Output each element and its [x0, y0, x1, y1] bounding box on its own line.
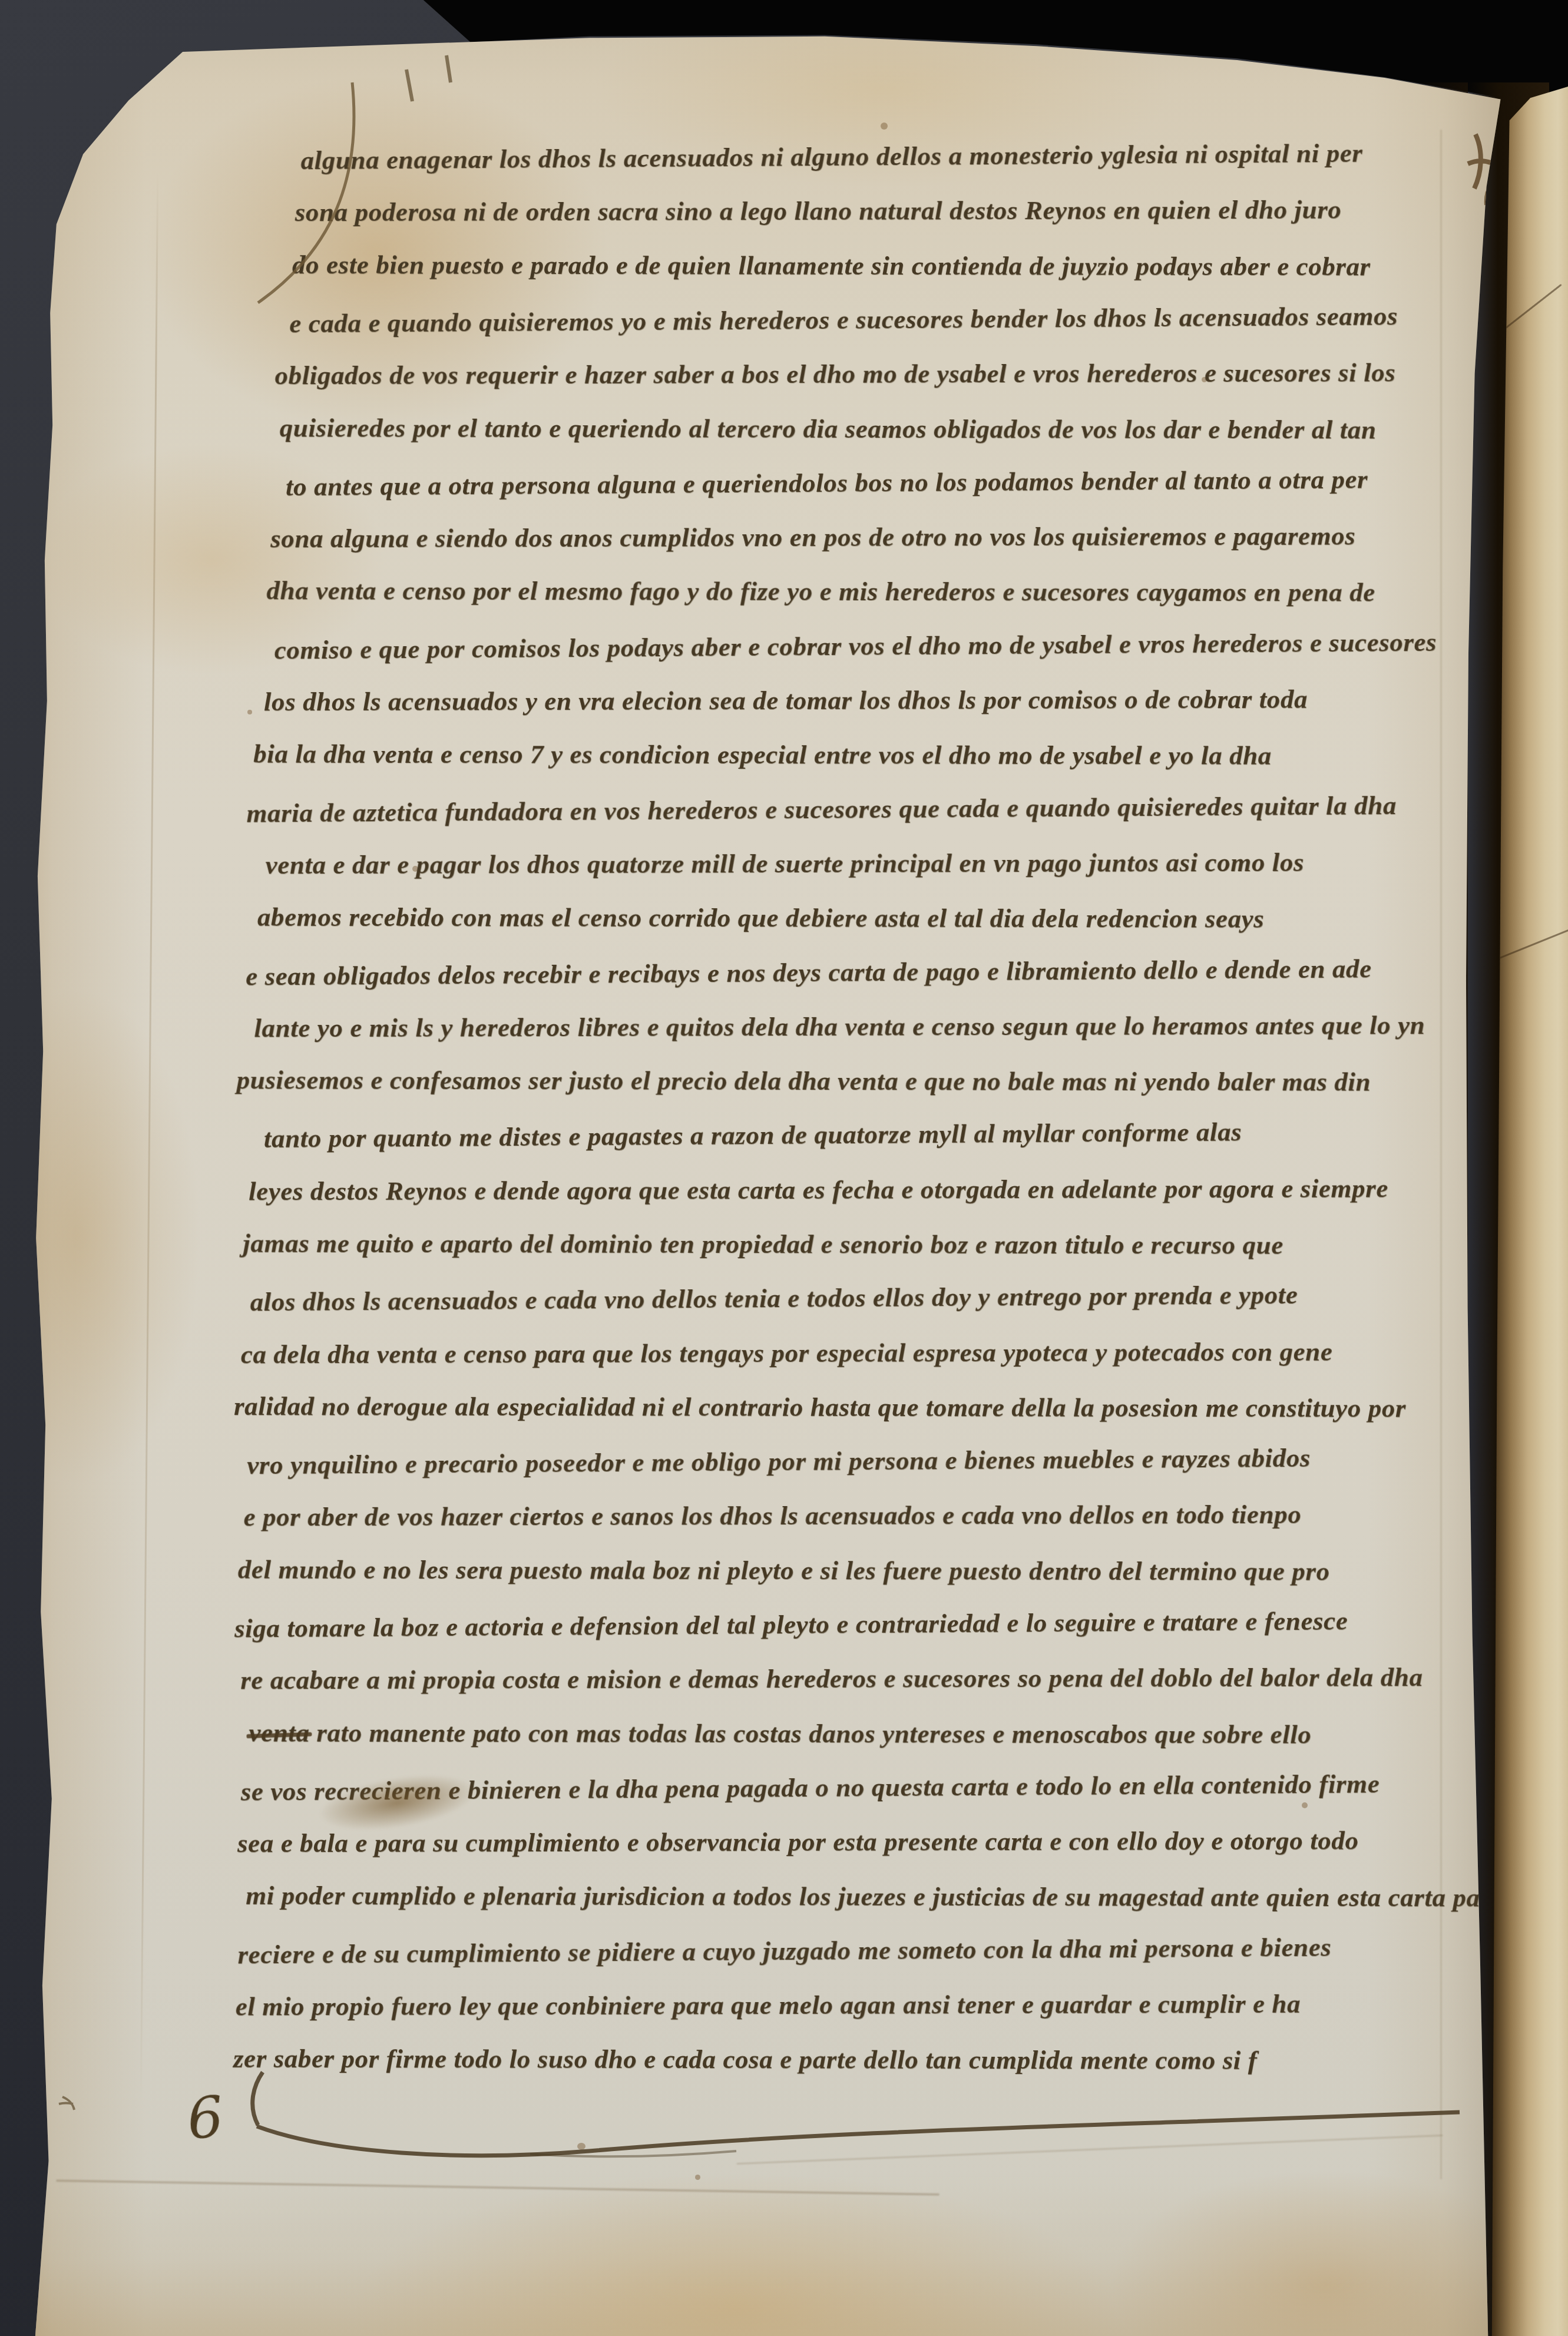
paper-crack — [1494, 924, 1568, 961]
bottom-tally-mark: 6 — [185, 2089, 226, 2148]
margin-tick — [59, 2097, 74, 2110]
ink-flourishes — [0, 0, 1568, 2336]
archive-photo: alguna enagenar los dhos ls acensuados n… — [0, 0, 1568, 2336]
paper-crack — [1505, 284, 1562, 329]
margin-pen-stroke — [258, 82, 354, 303]
ink-tick — [406, 55, 451, 101]
manuscript-page: alguna enagenar los dhos ls acensuados n… — [0, 0, 1568, 2336]
end-flourish — [253, 2072, 1460, 2156]
